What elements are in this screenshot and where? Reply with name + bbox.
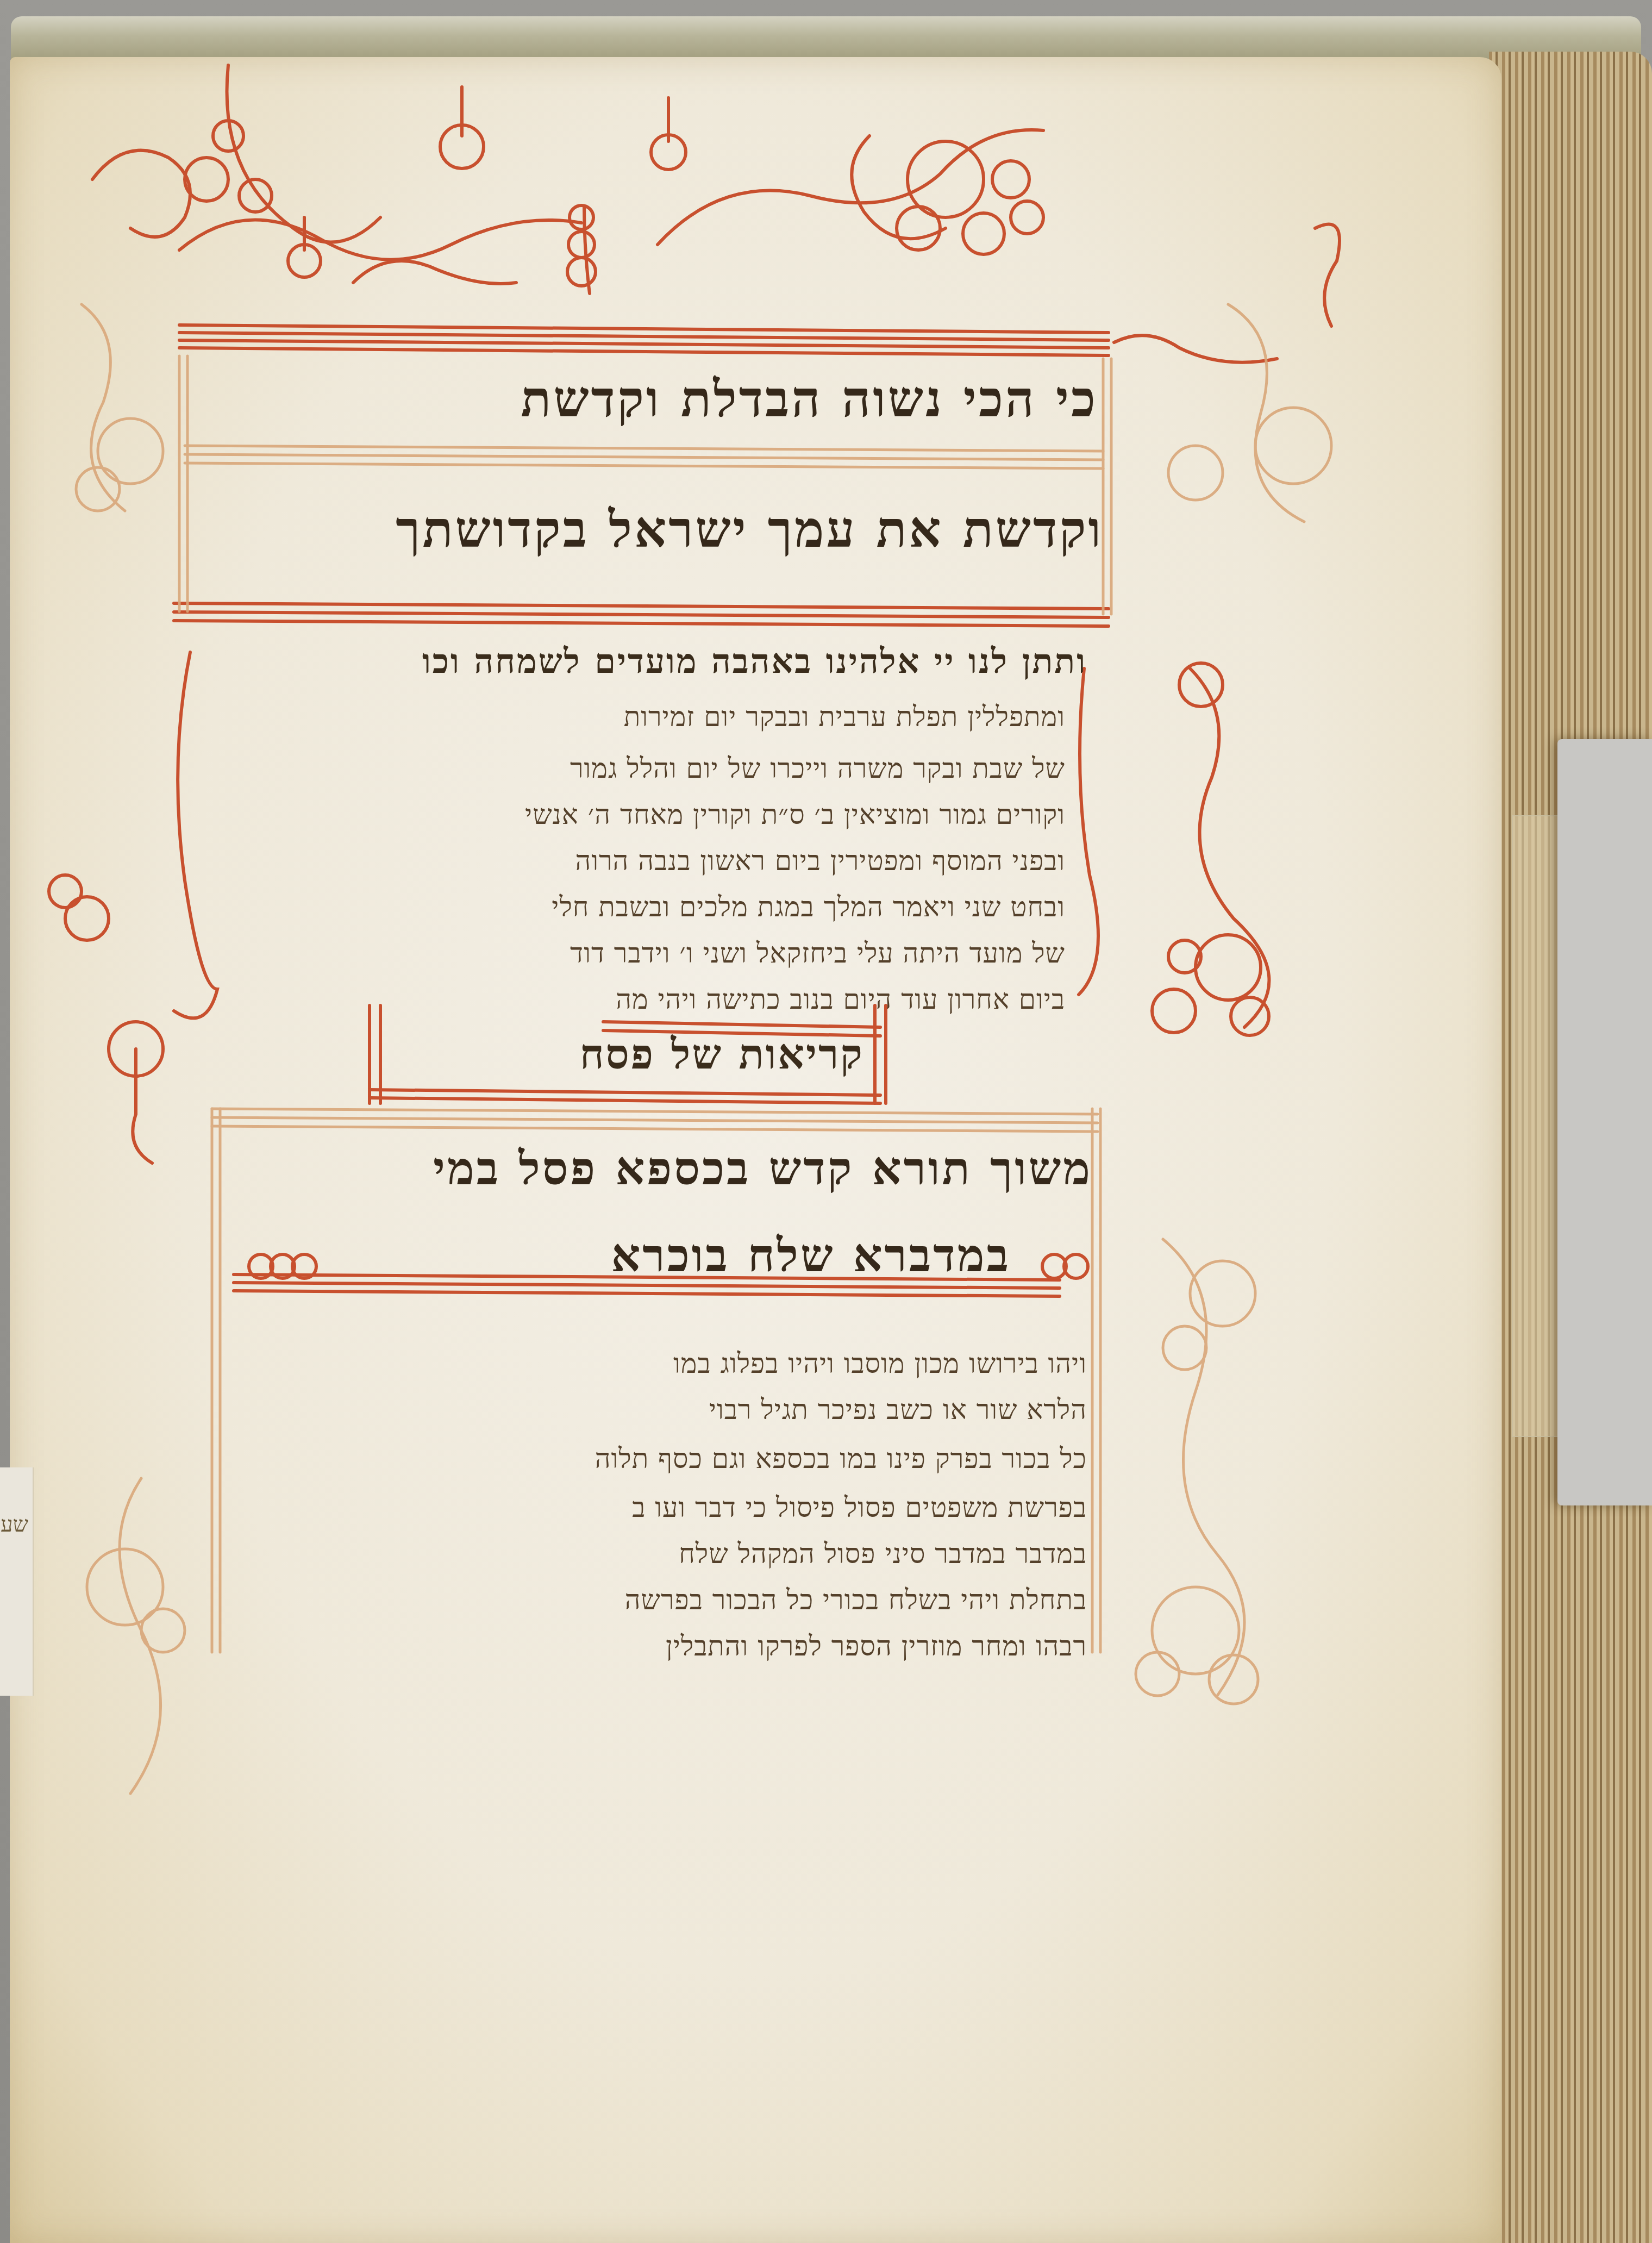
- manuscript-photo: שע: [0, 0, 1652, 2243]
- body-1-line-8: ביום אחרון עוד היום בנוב כתישה ויהי מה: [217, 984, 1065, 1015]
- body-1-line-2: ומתפללין תפלת ערבית ובבקר יום זמירות: [217, 701, 1065, 733]
- body-2-line-7: רבהו ומחר מוזרין הספר לפרקו והתבלין: [239, 1630, 1087, 1662]
- body-1-line-3: של שבת ובקר משרה וייכרו של יום והלל גמור: [217, 753, 1065, 784]
- decorative-flourishes-icon: [0, 0, 1652, 2243]
- body-1-line-5: ובפני המוסף ומפטירין ביום ראשון בנבה הרו…: [217, 845, 1065, 877]
- heading-line-1: כי הכי נשוה הבדלת וקדשת: [196, 370, 1098, 428]
- body-1-line-1: ותתן לנו יי אלהינו באהבה מועדים לשמחה וכ…: [185, 641, 1087, 682]
- body-2-line-2: הלרא שור או כשב נפיכר תגיל רבוי: [239, 1394, 1087, 1426]
- body-1-line-4: וקורים גמור ומוציאין ב׳ ס״ת וקורין מאחד …: [217, 799, 1065, 830]
- section-title: קריאות של פסח: [391, 1030, 864, 1079]
- body-2-line-6: בתחלת ויהי בשלח בכורי כל הבכור בפרשה: [239, 1584, 1087, 1616]
- body-1-line-7: של מועד היתה עלי ביחזקאל ושני ו׳ וידבר ד…: [217, 938, 1065, 969]
- body-2-line-3: כל בכור בפרק פינו במו בכספא וגם כסף תלוה: [239, 1443, 1087, 1474]
- body-1-line-6: ובחט שני ויאמר המלך במגת מלכים ובשבת חלי: [217, 891, 1065, 923]
- body-2-line-4: בפרשת משפטים פסול פיסול כי דבר ועו ב: [239, 1492, 1087, 1523]
- heading-2-line-2: במדברא שלח בוכרא: [391, 1228, 1011, 1283]
- heading-line-2: וקדשת את עמך ישראל בקדושתך: [185, 500, 1103, 559]
- body-2-line-5: במדבר במדבר סיני פסול המקהל שלח: [239, 1538, 1087, 1570]
- heading-2-line-1: משוך תורא קדש בכספא פסל במי: [196, 1141, 1092, 1196]
- body-2-line-1: ויהו בירושו מכון מוסבו ויהיו בפלוג במו: [239, 1348, 1087, 1379]
